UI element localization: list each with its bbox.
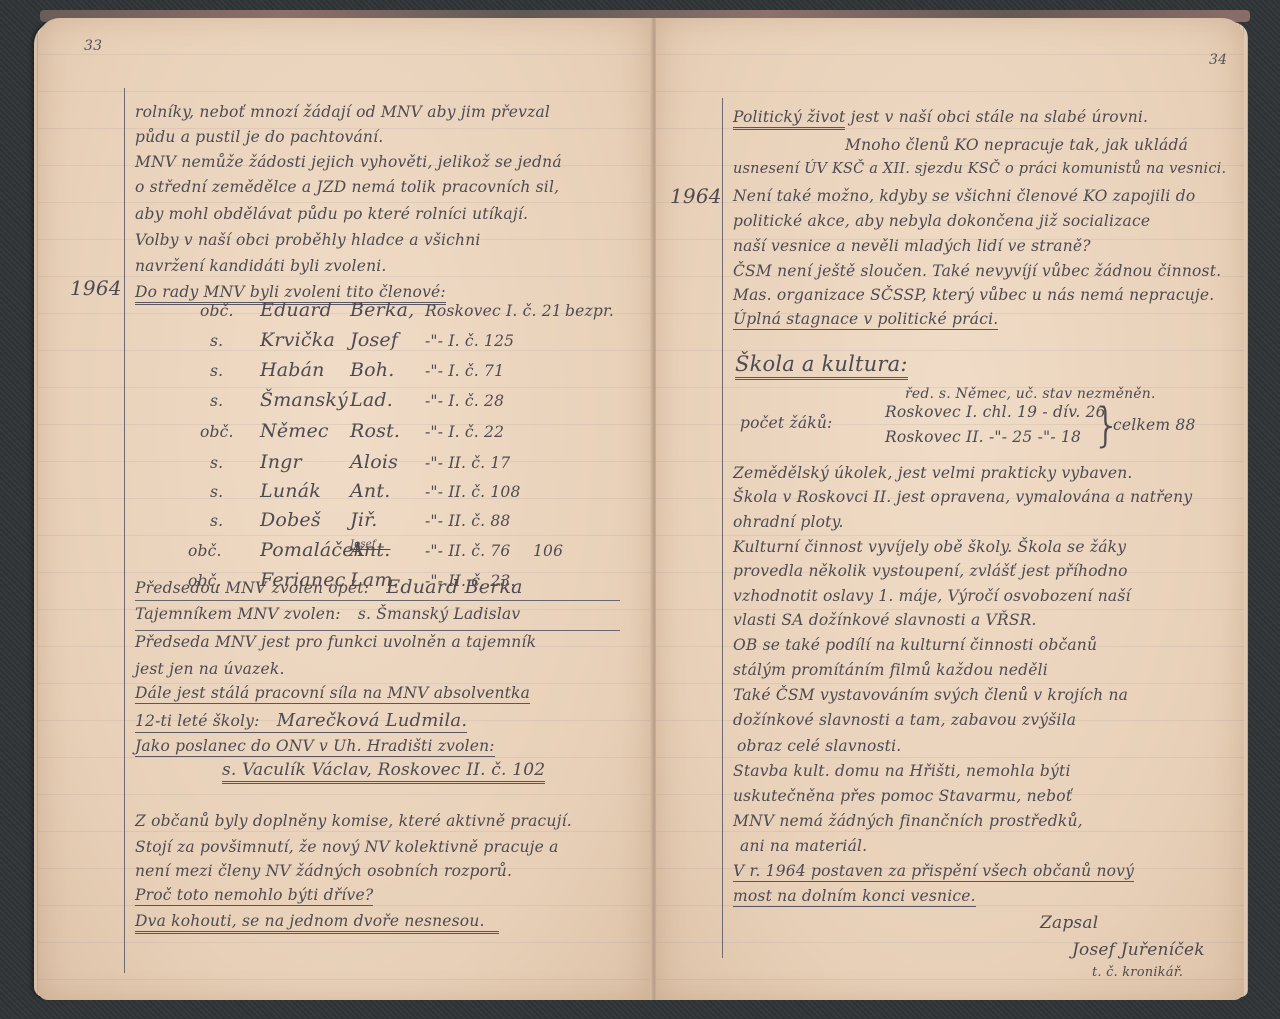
delegate-label: Jako poslanec do ONV v Uh. Hradišti zvol… [135,737,495,757]
text-line: politické akce, aby nebyla dokončena již… [733,212,1150,230]
member-address: -"- II. č. 76 [425,542,511,560]
text-line: Mas. organizace SČSSP, který vůbec u nás… [733,286,1214,304]
underline [135,630,620,631]
text-line: Proč toto nemohlo býti dříve? [135,886,373,906]
pupil-row: Roskovec II. -"- 25 -"- 18 [885,428,1081,446]
chairman-name: Eduard Berka [386,576,522,598]
text-line: most na dolním konci vesnice. [733,887,976,907]
signature-label: Zapsal [1040,913,1098,933]
member-role: obč. [188,542,248,560]
political-heading: Politický život [733,108,845,130]
text-line: obraz celé slavnosti. [737,737,901,755]
underline [135,600,620,601]
girls-label: -"- [1038,428,1056,446]
text-line: Z občanů byly doplněny komise, které akt… [135,812,572,830]
text-line: vlasti SA dožínkové slavnosti a VŘSR. [733,611,1037,629]
member-first-name-corrected: Josef Ant. [350,539,390,561]
member-role: obč. [200,302,260,320]
right-margin-year: 1964 [670,184,722,208]
member-address: -"- II. č. 88 [425,512,511,530]
text-line: vzhodnotit oslavy 1. máje, Výročí osvobo… [733,587,1131,605]
text-line: Škola v Roskovci II. jest opravena, vyma… [733,488,1192,506]
clerk-line: 12-ti leté školy: Marečková Ludmila. [135,710,467,733]
political-intro-text: jest v naší obci stále na slabé úrovni. [851,108,1149,126]
member-first-name: Jiř. [350,509,378,531]
text-line: Dále jest stálá pracovní síla na MNV abs… [135,684,530,704]
text-line: Stojí za povšimnutí, že nový NV kolektiv… [135,838,559,856]
text-line: rolníky, neboť mnozí žádají od MNV aby j… [135,103,550,121]
pupil-place: Roskovec II. [885,428,984,446]
text-line: o střední zemědělce a JZD nemá tolik pra… [135,178,559,196]
girls-label: dív. [1053,403,1081,421]
right-page-number: 34 [1209,52,1227,68]
text-line: Není také možno, kdyby se všichni členov… [733,187,1195,205]
text-line: uskutečněna přes pomoc Stavarmu, neboť [733,787,1072,805]
member-first-name: Alois [350,451,398,473]
girls-count: 18 [1061,428,1081,446]
boys-label: -"- [989,428,1007,446]
member-address: -"- II. č. 108 [425,483,521,501]
secretary-label: Tajemníkem MNV zvolen: [135,605,341,623]
text-line: MNV nemůže žádosti jejich vyhověti, jeli… [135,153,562,171]
first-name-correction: Josef [350,539,376,550]
left-page-number: 33 [84,38,102,54]
member-surname: Lunák [260,480,321,502]
text-line: V r. 1964 postaven za přispění všech obč… [733,862,1134,882]
text-line: Úplná stagnace v politické práci. [733,310,998,330]
member-role: obč. [200,423,260,441]
member-first-name: Boh. [350,359,394,381]
text-line: Kulturní činnost vyvíjely obě školy. Ško… [733,538,1126,556]
text-line: Stavba kult. domu na Hřišti, nemohla být… [733,762,1071,780]
left-margin-line [124,88,125,973]
member-surname: Šmanský [260,389,348,411]
member-address: Roskovec I. č. 21 [425,302,562,320]
text-line: není mezi členy NV žádných osobních rozp… [135,862,512,880]
left-margin-year: 1964 [70,276,122,300]
text-line: jest jen na úvazek. [135,660,285,678]
text-line: půdu a pustil je do pachtování. [135,128,383,146]
member-address: -"- I. č. 125 [425,332,514,350]
member-note: bezpr. [565,302,614,320]
text-line: aby mohl obdělávat půdu po které rolníci… [135,205,528,223]
secretary-line: Tajemníkem MNV zvolen: s. Šmanský Ladisl… [135,605,520,623]
secretary-name: s. Šmanský Ladislav [358,605,521,623]
chairman-line: Předsedou MNV zvolen opět: Eduard Berka [135,576,523,598]
member-first-name: Josef [350,329,398,351]
political-intro-line: Politický život jest v naší obci stále n… [733,108,1148,126]
member-first-name: Ant. [350,480,390,502]
text-line: Také ČSM vystavováním svých členů v kroj… [733,686,1128,704]
boys-count: 19 [1017,403,1037,421]
pupil-row: Roskovec I. chl. 19 - dív. 26 [885,403,1106,421]
delegate-value: s. Vaculík Václav, Roskovec II. č. 102 [222,760,545,784]
member-surname: Němec [260,420,329,442]
member-first-name: Berka, [350,299,414,321]
member-address-correction: 106 [533,542,563,560]
member-surname: Habán [260,359,325,381]
signature-name: Josef Juřeníček [1072,940,1205,960]
proverb-line: Dva kohouti, se na jednom dvoře nesnesou… [135,912,499,934]
member-first-name: Lad. [350,389,393,411]
text-line: OB se také podílí na kulturní činnosti o… [733,636,1097,654]
boys-label: chl. [983,403,1012,421]
text-line: stálým promítáním filmů každou neděli [733,661,1048,679]
text-line: navržení kandidáti byli zvoleni. [135,257,387,275]
text-line: usnesení ÚV KSČ a XII. sjezdu KSČ o prác… [733,161,1226,177]
text-line: Mnoho členů KO nepracuje tak, jak ukládá [845,136,1188,154]
text-line: dožínkové slavnosti a tam, zabavou zvýši… [733,711,1076,729]
clerk-name: Marečková Ludmila. [277,710,468,731]
chairman-label: Předsedou MNV zvolen opět: [135,579,369,597]
member-address: -"- I. č. 28 [425,392,504,410]
text-line: naší vesnice a nevěli mladých lidí ve st… [733,237,1091,255]
right-margin-line [722,98,723,958]
pupil-place: Roskovec I. [885,403,977,421]
text-line: ČSM není ještě sloučen. Také nevyvíjí vů… [733,262,1221,280]
school-heading: Škola a kultura: [735,352,908,380]
signature-title: t. č. kronikář. [1092,965,1183,980]
text-line: Předseda MNV jest pro funkci uvolněn a t… [135,633,536,651]
member-surname: Krvička [260,329,335,351]
text-line: provedla několik vystoupení, zvlášť jest… [733,562,1128,580]
text-line: Zemědělský úkolek, jest velmi prakticky … [733,464,1133,482]
pupils-total: celkem 88 [1113,416,1196,434]
boys-count: 25 [1012,428,1032,446]
member-address: -"- I. č. 22 [425,423,504,441]
text-line: Volby v naší obci proběhly hladce a všic… [135,231,481,249]
pupils-label: počet žáků: [740,414,832,432]
member-address: -"- I. č. 71 [425,362,504,380]
member-surname: Ingr [260,451,302,473]
member-first-name: Rost. [350,420,400,442]
member-surname: Eduard [260,299,332,321]
member-address: -"- II. č. 17 [425,454,511,472]
text-line: ani na materiál. [740,837,867,855]
clerk-label: 12-ti leté školy: [135,712,260,730]
text-line: MNV nemá žádných finančních prostředků, [733,812,1083,830]
member-surname: Dobeš [260,509,321,531]
text-line: ohradní ploty. [733,513,844,531]
